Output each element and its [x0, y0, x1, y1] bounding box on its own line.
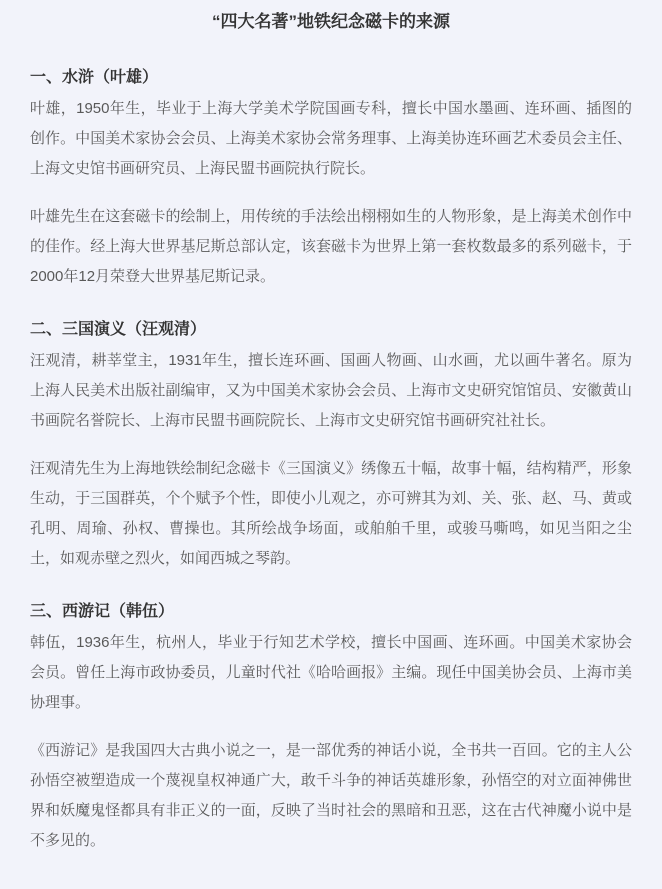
- paragraph-xiyouji-bio: 韩伍，1936年生，杭州人，毕业于行知艺术学校，擅长中国画、连环画。中国美术家协…: [30, 628, 632, 718]
- section-heading-xiyouji: 三、西游记（韩伍）: [30, 602, 632, 622]
- section-heading-shuihu: 一、水浒（叶雄）: [30, 68, 632, 88]
- paragraph-sanguo-card: 汪观清先生为上海地铁绘制纪念磁卡《三国演义》绣像五十幅，故事十幅，结构精严，形象…: [30, 454, 632, 574]
- section-sanguo: 二、三国演义（汪观清） 汪观清，耕莘堂主，1931年生，擅长连环画、国画人物画、…: [30, 320, 632, 574]
- paragraph-shuihu-bio: 叶雄，1950年生，毕业于上海大学美术学院国画专科，擅长中国水墨画、连环画、插图…: [30, 94, 632, 184]
- paragraph-sanguo-bio: 汪观清，耕莘堂主，1931年生，擅长连环画、国画人物画、山水画，尤以画牛著名。原…: [30, 346, 632, 436]
- section-heading-sanguo: 二、三国演义（汪观清）: [30, 320, 632, 340]
- section-shuihu: 一、水浒（叶雄） 叶雄，1950年生，毕业于上海大学美术学院国画专科，擅长中国水…: [30, 68, 632, 292]
- document-page: “四大名著”地铁纪念磁卡的来源 一、水浒（叶雄） 叶雄，1950年生，毕业于上海…: [0, 0, 662, 889]
- paragraph-xiyouji-novel: 《西游记》是我国四大古典小说之一，是一部优秀的神话小说，全书共一百回。它的主人公…: [30, 736, 632, 856]
- section-xiyouji: 三、西游记（韩伍） 韩伍，1936年生，杭州人，毕业于行知艺术学校，擅长中国画、…: [30, 602, 632, 856]
- paragraph-shuihu-card: 叶雄先生在这套磁卡的绘制上，用传统的手法绘出栩栩如生的人物形象，是上海美术创作中…: [30, 202, 632, 292]
- page-title: “四大名著”地铁纪念磁卡的来源: [30, 12, 632, 32]
